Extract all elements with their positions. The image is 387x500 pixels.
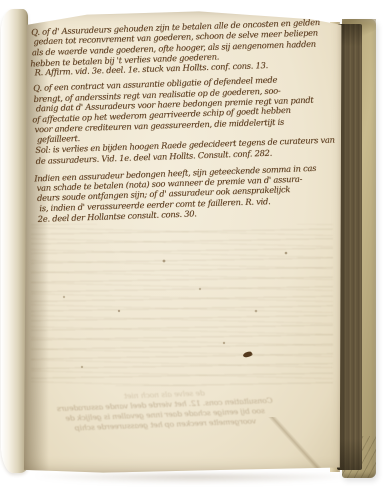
book: Q. of d' Assuradeurs gehouden zijn te be… <box>0 0 387 500</box>
left-page-curl <box>1 9 28 473</box>
ink-bleedthrough <box>31 224 333 386</box>
showthrough-note: de selve als noch niet Consultatien cons… <box>38 385 291 435</box>
manuscript-page: Q. of d' Assuradeurs gehouden zijn te be… <box>23 10 343 475</box>
manuscript-text: Q. of d' Assuradeurs gehouden zijn te be… <box>31 16 346 224</box>
photo-background: Q. of d' Assuradeurs gehouden zijn te be… <box>0 0 387 500</box>
corner-crease <box>257 417 335 469</box>
book-shadow <box>30 474 360 484</box>
